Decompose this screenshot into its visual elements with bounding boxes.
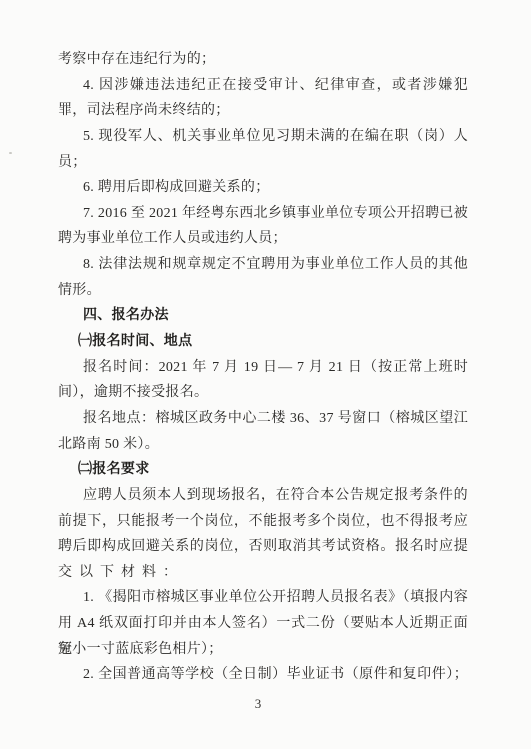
text-line: 6. 聘用后即构成回避关系的； [58, 175, 468, 201]
text-line: 用 A4 纸双面打印并由本人签名）一式二份（要贴本人近期正面免 [58, 611, 468, 637]
page-number: 3 [255, 696, 262, 711]
page-footer: 3 [0, 695, 516, 713]
text-line: 报名地点：榕城区政务中心二楼 36、37 号窗口（榕城区望江 [58, 406, 468, 432]
text-line: 前提下，只能报考一个岗位，不能报考多个岗位，也不得报考应 [58, 509, 468, 535]
scanned-document-page: 考察中存在违纪行为的；4. 因涉嫌违法违纪正在接受审计、纪律审查，或者涉嫌犯罪，… [0, 0, 531, 749]
text-line: 情形。 [58, 278, 468, 304]
text-line: 1. 《揭阳市榕城区事业单位公开招聘人员报名表》（填报内容 [58, 585, 468, 611]
text-line: 聘为事业单位工作人员或违约人员； [58, 226, 468, 252]
text-line: 4. 因涉嫌违法违纪正在接受审计、纪律审查，或者涉嫌犯 [58, 73, 468, 99]
text-line: 7. 2016 至 2021 年经粤东西北乡镇事业单位专项公开招聘已被 [58, 201, 468, 227]
text-line: 应聘人员须本人到现场报名，在符合本公告规定报考条件的 [58, 483, 468, 509]
text-line: 罪，司法程序尚未终结的； [58, 98, 468, 124]
text-line: 北路南 50 米）。 [58, 432, 468, 458]
text-line: 间），逾期不接受报名。 [58, 380, 468, 406]
scan-artifact-speck [9, 152, 12, 154]
text-line: 报名时间：2021 年 7 月 19 日— 7 月 21 日（按正常上班时 [58, 355, 468, 381]
text-line: 8. 法律法规和规章规定不宜聘用为事业单位工作人员的其他 [58, 252, 468, 278]
text-line: 聘后即构成回避关系的岗位，否则取消其考试资格。报名时应提 [58, 534, 468, 560]
text-line: 冠小一寸蓝底彩色相片）； [58, 637, 468, 663]
text-line: 员； [58, 150, 468, 176]
text-line: ㈡报名要求 [58, 457, 468, 483]
text-line: 考察中存在违纪行为的； [58, 47, 468, 73]
text-line: 交以下材料： [58, 560, 468, 586]
text-line: ㈠报名时间、地点 [58, 329, 468, 355]
document-text-block: 考察中存在违纪行为的；4. 因涉嫌违法违纪正在接受审计、纪律审查，或者涉嫌犯罪，… [58, 47, 468, 688]
text-line: 2. 全国普通高等学校（全日制）毕业证书（原件和复印件）； [58, 662, 468, 688]
text-line: 5. 现役军人、机关事业单位见习期未满的在编在职（岗）人 [58, 124, 468, 150]
text-line: 四、报名办法 [58, 303, 468, 329]
